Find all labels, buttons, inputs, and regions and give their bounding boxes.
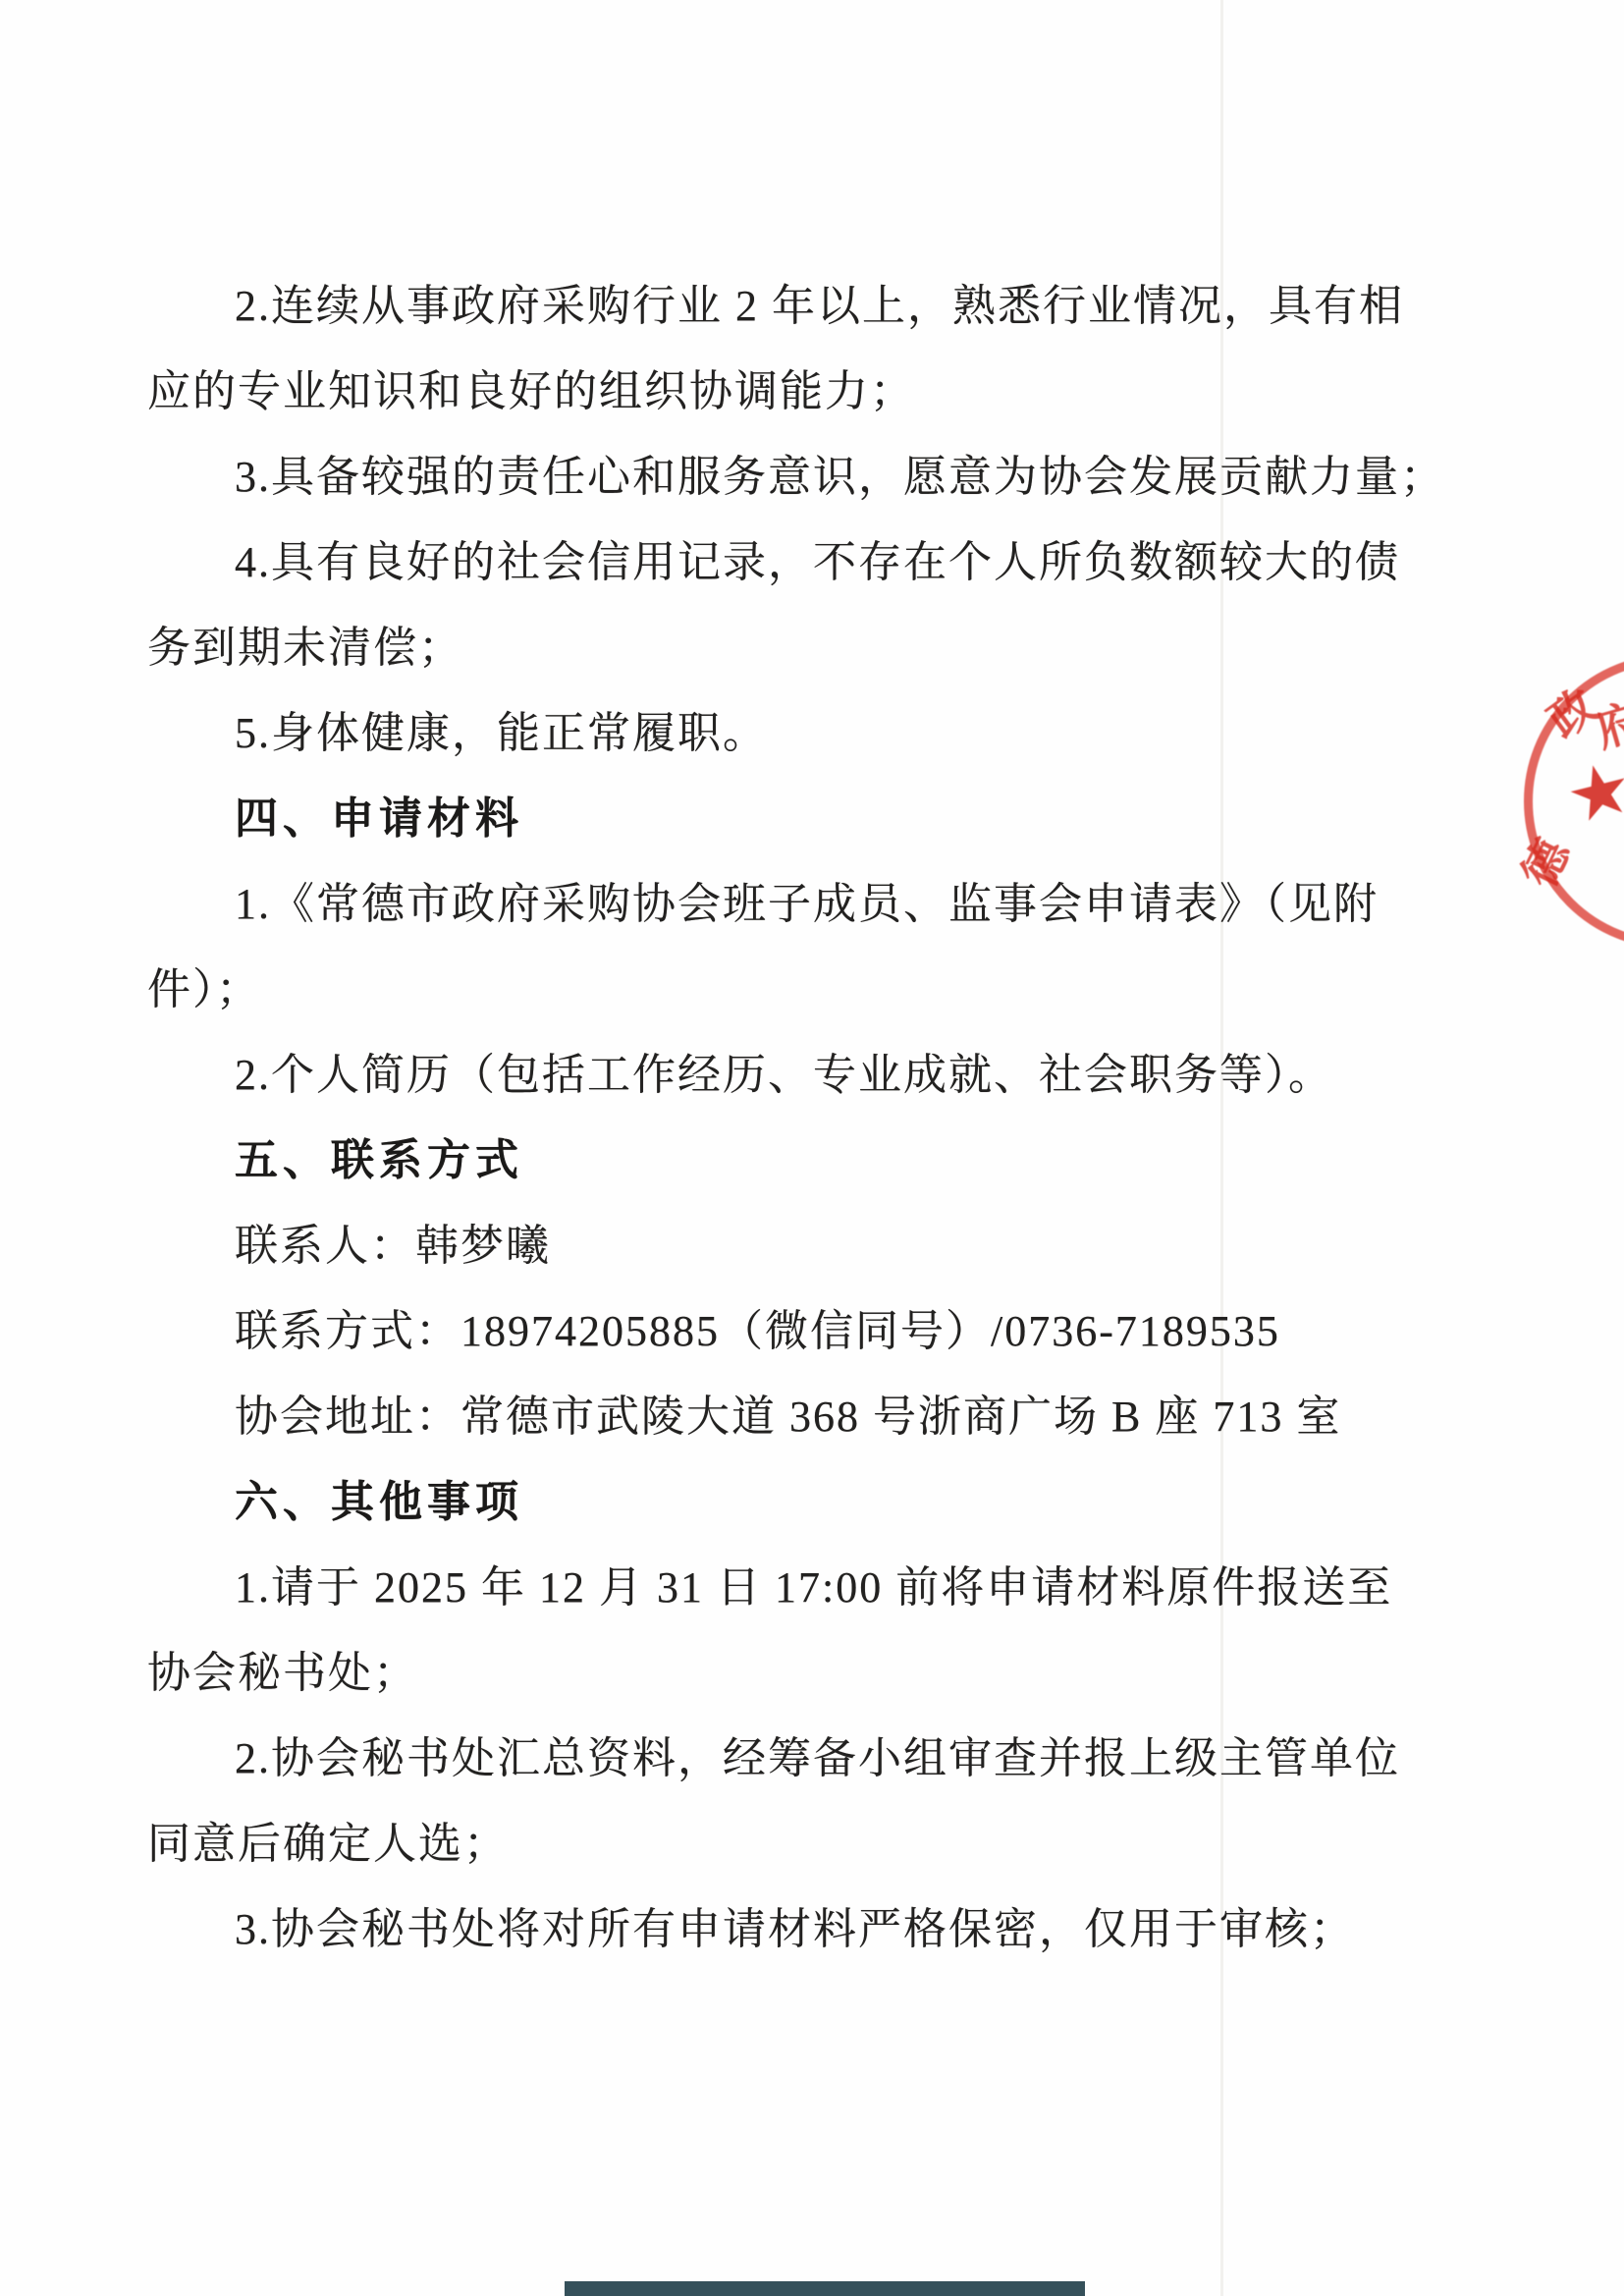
- text-line: 2.连续从事政府采购行业 2 年以上，熟悉行业情况，具有相: [147, 263, 1492, 349]
- text-lines: 2.连续从事政府采购行业 2 年以上，熟悉行业情况，具有相应的专业知识和良好的组…: [147, 263, 1492, 1972]
- text-line: 1.《常德市政府采购协会班子成员、监事会申请表》（见附: [147, 861, 1492, 947]
- text-line: 联系方式：18974205885（微信同号）/0736-7189535: [147, 1288, 1492, 1374]
- scan-artifact-bar: [565, 2281, 1085, 2296]
- text-line: 4.具有良好的社会信用记录，不存在个人所负数额较大的债: [147, 519, 1492, 605]
- text-line: 1.请于 2025 年 12 月 31 日 17:00 前将申请材料原件报送至: [147, 1545, 1492, 1630]
- text-line: 2.协会秘书处汇总资料，经筹备小组审查并报上级主管单位: [147, 1716, 1492, 1801]
- text-line: 3.协会秘书处将对所有申请材料严格保密，仅用于审核；: [147, 1886, 1492, 1972]
- text-line: 5.身体健康，能正常履职。: [147, 690, 1492, 776]
- text-line: 2.个人简历（包括工作经历、专业成就、社会职务等）。: [147, 1032, 1492, 1118]
- section-heading: 四、申请材料: [147, 776, 1492, 861]
- text-line: 3.具备较强的责任心和服务意识，愿意为协会发展贡献力量；: [147, 434, 1492, 519]
- section-heading: 六、其他事项: [147, 1459, 1492, 1545]
- text-line: 同意后确定人选；: [147, 1801, 1492, 1886]
- text-line: 协会秘书处；: [147, 1630, 1492, 1716]
- text-line: 应的专业知识和良好的组织协调能力；: [147, 349, 1492, 434]
- document-page: 2.连续从事政府采购行业 2 年以上，熟悉行业情况，具有相应的专业知识和良好的组…: [0, 0, 1624, 2296]
- text-line: 务到期未清偿；: [147, 605, 1492, 690]
- text-line: 联系人：韩梦曦: [147, 1203, 1492, 1288]
- text-line: 件）；: [147, 947, 1492, 1032]
- text-line: 协会地址：常德市武陵大道 368 号浙商广场 B 座 713 室: [147, 1374, 1492, 1459]
- section-heading: 五、联系方式: [147, 1118, 1492, 1203]
